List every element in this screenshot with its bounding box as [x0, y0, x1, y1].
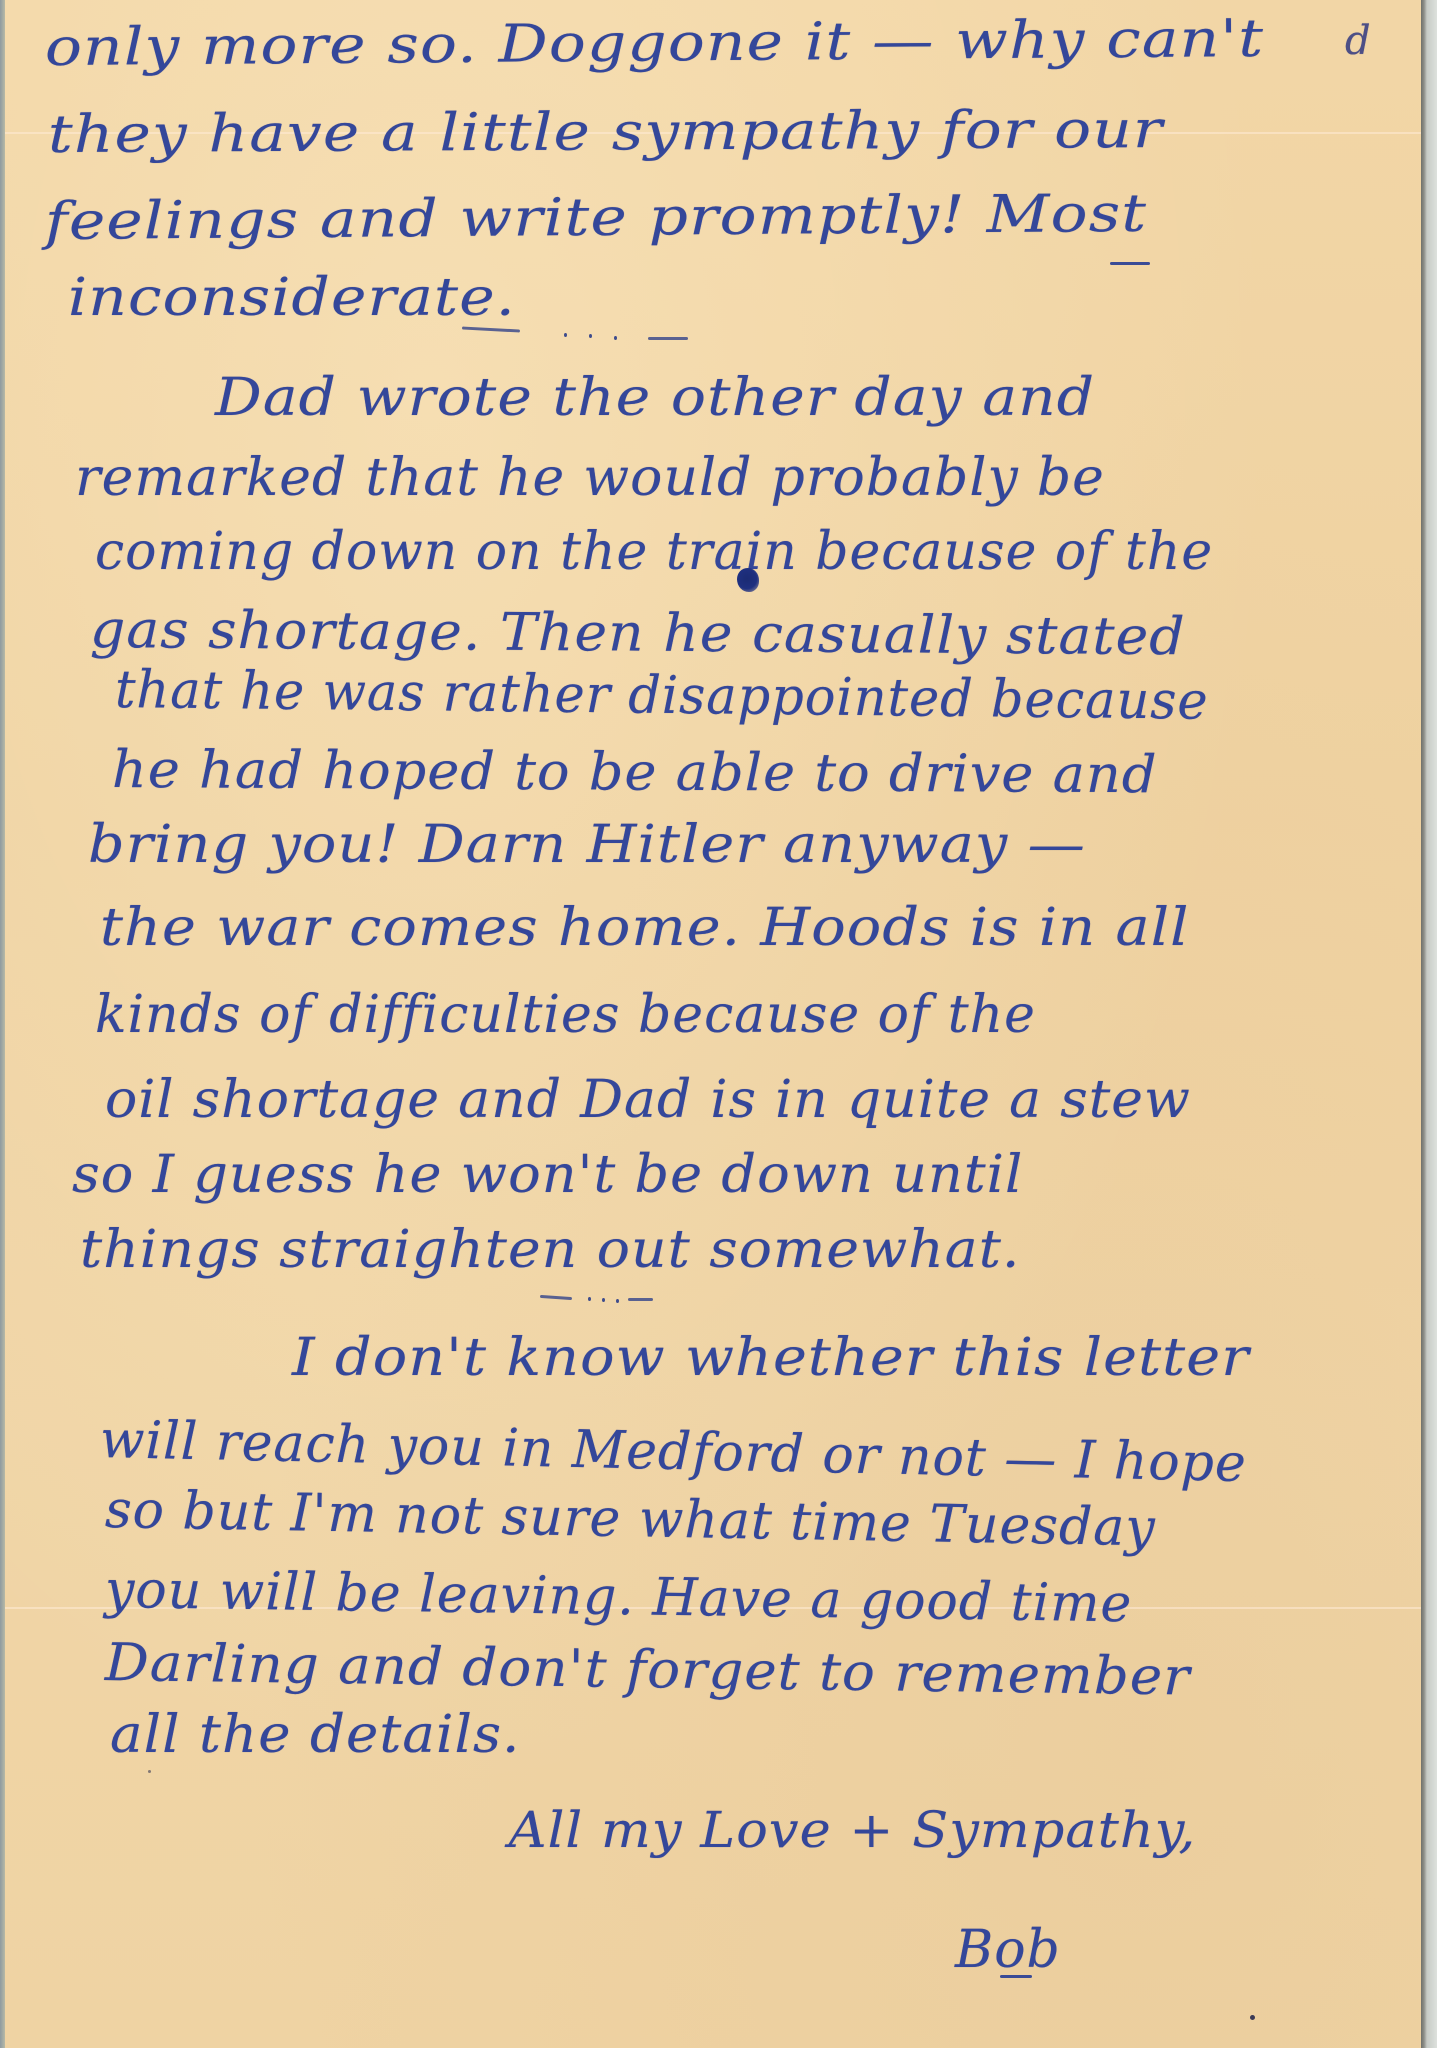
signature-flourish — [1000, 1975, 1032, 1978]
text-line: remarked that he would probably be — [75, 448, 1105, 508]
text-line: feelings and write promptly! Most — [45, 184, 1148, 252]
text-line: kinds of difficulties because of the — [95, 985, 1036, 1045]
signature: Bob — [955, 1920, 1061, 1980]
text-line: Dad wrote the other day and — [215, 368, 1095, 428]
text-line: bring you! Darn Hitler anyway — — [88, 815, 1086, 875]
text-line: oil shortage and Dad is in quite a stew — [105, 1070, 1191, 1130]
text-line: I don't know whether this letter — [292, 1328, 1250, 1388]
text-line: so I guess he won't be down until — [72, 1145, 1023, 1205]
closing-salutation: All my Love + Sympathy, — [509, 1800, 1197, 1860]
page-mark: d — [1345, 18, 1372, 64]
text-line: he had hoped to be able to drive and — [112, 740, 1158, 805]
paper-speck — [148, 1770, 151, 1773]
scan-right-edge — [1421, 0, 1437, 2048]
section-separator — [540, 1296, 690, 1316]
section-separator — [462, 328, 702, 348]
text-line: coming down on the train because of the — [95, 522, 1213, 582]
text-line: gas shortage. Then he casually stated — [90, 600, 1186, 667]
underline-most — [1110, 262, 1150, 265]
text-line: they have a little sympathy for our — [48, 100, 1164, 165]
text-line: things straighten out somewhat. — [80, 1220, 1021, 1280]
ink-blot — [737, 568, 759, 592]
text-line: only more so. Doggone it — why can't — [45, 9, 1265, 78]
text-line: inconsiderate. — [68, 268, 516, 328]
text-line: that he was rather disappointed because — [115, 660, 1209, 732]
paper-speck — [1250, 2015, 1255, 2020]
text-line: the war comes home. Hoods is in all — [100, 898, 1190, 958]
text-line: all the details. — [110, 1705, 520, 1765]
